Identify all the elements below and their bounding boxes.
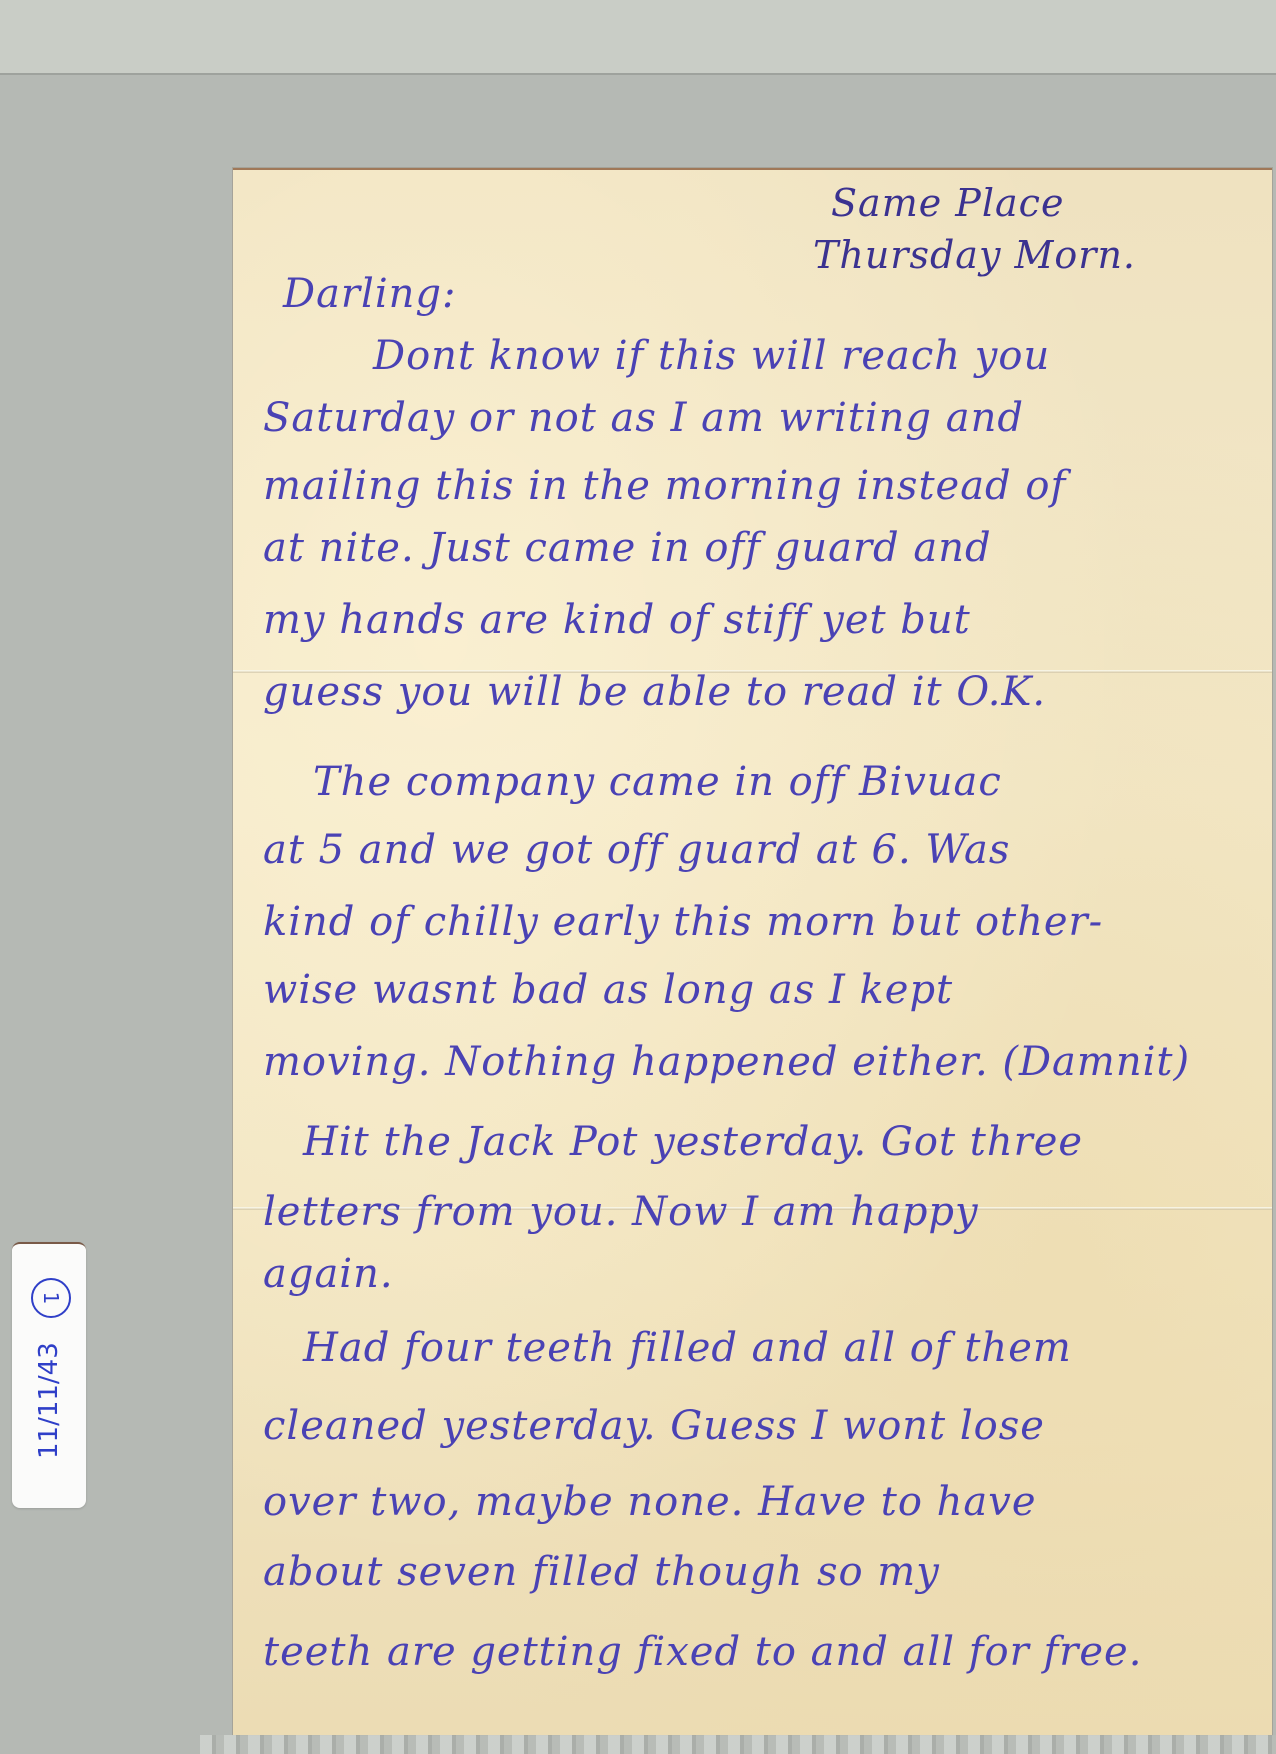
- letter-line: at nite. Just came in off guard and: [263, 528, 992, 568]
- letter-line: The company came in off Bivuac: [313, 762, 1002, 802]
- salutation: Darling:: [283, 274, 456, 314]
- heading-day: Thursday Morn.: [813, 236, 1136, 274]
- letter-line: guess you will be able to read it O.K.: [263, 672, 1046, 712]
- letter-line: at 5 and we got off guard at 6. Was: [263, 830, 1010, 870]
- binder-perforation-strip: [200, 1735, 1276, 1754]
- letter-line: Saturday or not as I am writing and: [263, 398, 1024, 438]
- letter-line: over two, maybe none. Have to have: [263, 1482, 1037, 1522]
- letter-line: letters from you. Now I am happy: [263, 1192, 979, 1232]
- archive-label: 1 11/11/43: [12, 1242, 86, 1508]
- letter-line: Dont know if this will reach you: [373, 336, 1050, 376]
- letter-line: wise wasnt bad as long as I kept: [263, 970, 953, 1010]
- letter-line: kind of chilly early this morn but other…: [263, 902, 1103, 942]
- letter-line: about seven filled though so my: [263, 1552, 940, 1592]
- item-number-mark: 1: [31, 1278, 71, 1318]
- letter-line: my hands are kind of stiff yet but: [263, 600, 971, 640]
- heading-place: Same Place: [831, 184, 1064, 222]
- letter-line: moving. Nothing happened either. (Damnit…: [263, 1042, 1190, 1082]
- letter-line: mailing this in the morning instead of: [263, 466, 1066, 506]
- letter-line: cleaned yesterday. Guess I wont lose: [263, 1406, 1045, 1446]
- letter-line: again.: [263, 1254, 394, 1294]
- scanner-top-strip: [0, 0, 1276, 75]
- letter-line: Hit the Jack Pot yesterday. Got three: [303, 1122, 1083, 1162]
- letter-line: Had four teeth filled and all of them: [303, 1328, 1072, 1368]
- letter-page: Same Place Thursday Morn. Darling: Dont …: [233, 168, 1272, 1735]
- letter-line: teeth are getting fixed to and all for f…: [263, 1632, 1142, 1672]
- archive-date: 11/11/43: [34, 1359, 64, 1459]
